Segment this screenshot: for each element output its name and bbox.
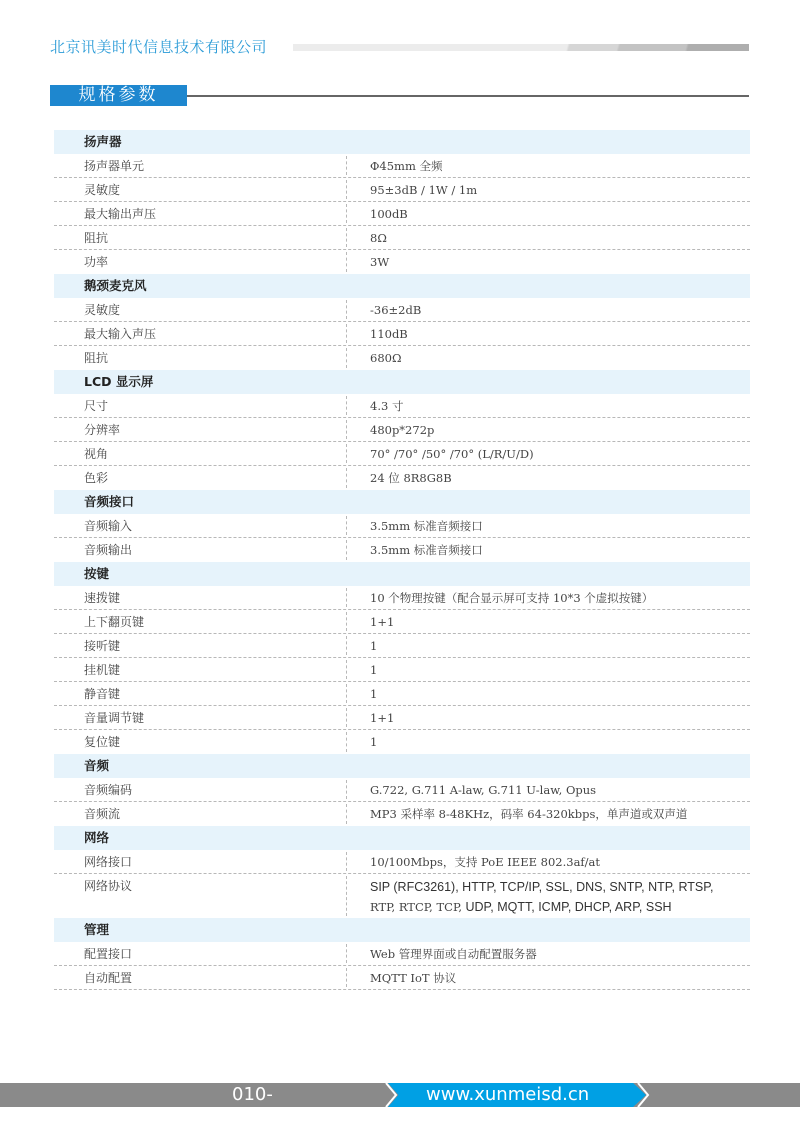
- spec-value: 1: [370, 634, 377, 658]
- section-title: 规格参数: [50, 85, 187, 106]
- spec-value-line-1: SIP (RFC3261), HTTP, TCP/IP, SSL, DNS, S…: [370, 880, 713, 894]
- chevron-right-icon: [384, 1083, 398, 1107]
- table-row: 上下翻页键1+1: [54, 610, 750, 634]
- table-row: 阻抗680Ω: [54, 346, 750, 370]
- spec-value: 680Ω: [370, 346, 402, 370]
- table-row: 灵敏度95±3dB / 1W / 1m: [54, 178, 750, 202]
- spec-value: 8Ω: [370, 226, 387, 250]
- spec-key: 音量调节键: [84, 706, 144, 730]
- table-row: 音频流MP3 采样率 8-48KHz，码率 64-320kbps，单声道或双声道: [54, 802, 750, 826]
- column-divider: [346, 660, 347, 679]
- column-divider: [346, 516, 347, 535]
- column-divider: [346, 944, 347, 963]
- column-divider: [346, 876, 347, 916]
- table-row: 复位键1: [54, 730, 750, 754]
- table-row: 灵敏度-36±2dB: [54, 298, 750, 322]
- spec-key: 功率: [84, 250, 108, 274]
- spec-key: 扬声器单元: [84, 154, 144, 178]
- spec-value-line-2b: UDP, MQTT, ICMP, DHCP, ARP, SSH: [462, 900, 672, 914]
- spec-key: 网络接口: [84, 850, 132, 874]
- table-row: 音频编码G.722, G.711 A-law, G.711 U-law, Opu…: [54, 778, 750, 802]
- spec-key: 接听键: [84, 634, 120, 658]
- table-row: 接听键1: [54, 634, 750, 658]
- spec-value: 100dB: [370, 202, 408, 226]
- group-header-audio-interface: 音频接口: [54, 490, 750, 514]
- spec-value: 480p*272p: [370, 418, 434, 442]
- table-row: 最大输出声压100dB: [54, 202, 750, 226]
- group-title: 管理: [84, 918, 109, 942]
- spec-value: 1: [370, 682, 377, 706]
- table-row: 分辨率480p*272p: [54, 418, 750, 442]
- spec-value: -36±2dB: [370, 298, 421, 322]
- column-divider: [346, 708, 347, 727]
- table-row: 静音键1: [54, 682, 750, 706]
- spec-key: 分辨率: [84, 418, 120, 442]
- spec-value: Web 管理界面或自动配置服务器: [370, 942, 537, 966]
- spec-value: 1+1: [370, 610, 394, 634]
- spec-value: Φ45mm 全频: [370, 154, 443, 178]
- table-row: 自动配置MQTT IoT 协议: [54, 966, 750, 990]
- column-divider: [346, 348, 347, 368]
- table-row: 尺寸4.3 寸: [54, 394, 750, 418]
- spec-key: 复位键: [84, 730, 120, 754]
- footer-website-link[interactable]: www.xunmeisd.cn: [426, 1083, 589, 1107]
- spec-value: G.722, G.711 A-law, G.711 U-law, Opus: [370, 778, 596, 802]
- group-header-audio: 音频: [54, 754, 750, 778]
- spec-value: 3W: [370, 250, 389, 274]
- spec-value: 1+1: [370, 706, 394, 730]
- table-row: 扬声器单元Φ45mm 全频: [54, 154, 750, 178]
- group-title: 音频: [84, 754, 109, 778]
- spec-key: 最大输出声压: [84, 202, 156, 226]
- spec-value: 95±3dB / 1W / 1m: [370, 178, 477, 202]
- column-divider: [346, 684, 347, 703]
- spec-key: 音频输出: [84, 538, 132, 562]
- column-divider: [346, 636, 347, 655]
- column-divider: [346, 396, 347, 415]
- title-rule-divider: [187, 95, 749, 97]
- column-divider: [346, 540, 347, 560]
- column-divider: [346, 612, 347, 631]
- header-decorative-bar: [293, 44, 749, 51]
- spec-value: 10 个物理按键（配合显示屏可支持 10*3 个虚拟按键）: [370, 586, 653, 610]
- spec-key: 尺寸: [84, 394, 108, 418]
- column-divider: [346, 444, 347, 463]
- spec-key: 最大输入声压: [84, 322, 156, 346]
- column-divider: [346, 732, 347, 752]
- table-row: 音频输入3.5mm 标准音频接口: [54, 514, 750, 538]
- table-row: 配置接口Web 管理界面或自动配置服务器: [54, 942, 750, 966]
- spec-table: 扬声器 扬声器单元Φ45mm 全频 灵敏度95±3dB / 1W / 1m 最大…: [54, 130, 750, 990]
- spec-value: 70° /70° /50° /70° (L/R/U/D): [370, 442, 534, 466]
- table-row: 阻抗8Ω: [54, 226, 750, 250]
- spec-value: 110dB: [370, 322, 408, 346]
- group-title: 鹅颈麦克风: [84, 274, 147, 298]
- spec-key: 上下翻页键: [84, 610, 144, 634]
- spec-value: 3.5mm 标准音频接口: [370, 514, 483, 538]
- spec-value: 10/100Mbps，支持 PoE IEEE 802.3af/at: [370, 850, 600, 874]
- spec-key: 阻抗: [84, 226, 108, 250]
- spec-key: 音频流: [84, 802, 120, 826]
- group-title: LCD 显示屏: [84, 370, 153, 394]
- group-title: 音频接口: [84, 490, 134, 514]
- table-row: 功率3W: [54, 250, 750, 274]
- spec-key: 灵敏度: [84, 298, 120, 322]
- column-divider: [346, 180, 347, 199]
- column-divider: [346, 252, 347, 272]
- group-header-gooseneck-mic: 鹅颈麦克风: [54, 274, 750, 298]
- spec-value: 1: [370, 730, 377, 754]
- spec-key: 音频输入: [84, 514, 132, 538]
- group-header-lcd: LCD 显示屏: [54, 370, 750, 394]
- spec-key: 色彩: [84, 466, 108, 490]
- spec-value: MP3 采样率 8-48KHz，码率 64-320kbps，单声道或双声道: [370, 802, 687, 826]
- table-row: 挂机键1: [54, 658, 750, 682]
- spec-value: MQTT IoT 协议: [370, 966, 456, 990]
- footer-phone: 010-69397252: [232, 1083, 362, 1107]
- spec-key: 速拨键: [84, 586, 120, 610]
- spec-value: SIP (RFC3261), HTTP, TCP/IP, SSL, DNS, S…: [370, 877, 713, 917]
- column-divider: [346, 156, 347, 175]
- table-row: 音频输出3.5mm 标准音频接口: [54, 538, 750, 562]
- table-row: 音量调节键1+1: [54, 706, 750, 730]
- group-title: 扬声器: [84, 130, 122, 154]
- spec-key: 音频编码: [84, 778, 132, 802]
- spec-value-line-2a: RTP, RTCP, TCP,: [370, 900, 462, 914]
- spec-key: 网络协议: [84, 874, 132, 898]
- table-row: 色彩24 位 8R8G8B: [54, 466, 750, 490]
- column-divider: [346, 324, 347, 343]
- spec-key: 挂机键: [84, 658, 120, 682]
- spec-key: 静音键: [84, 682, 120, 706]
- table-row: 网络接口10/100Mbps，支持 PoE IEEE 802.3af/at: [54, 850, 750, 874]
- spec-key: 灵敏度: [84, 178, 120, 202]
- table-row: 网络协议 SIP (RFC3261), HTTP, TCP/IP, SSL, D…: [54, 874, 750, 918]
- spec-value: 24 位 8R8G8B: [370, 466, 452, 490]
- column-divider: [346, 968, 347, 987]
- spec-key: 视角: [84, 442, 108, 466]
- column-divider: [346, 300, 347, 319]
- spec-key: 阻抗: [84, 346, 108, 370]
- table-row: 最大输入声压110dB: [54, 322, 750, 346]
- spec-key: 配置接口: [84, 942, 132, 966]
- group-title: 网络: [84, 826, 109, 850]
- spec-value: 1: [370, 658, 377, 682]
- chevron-right-icon: [636, 1083, 650, 1107]
- company-name: 北京讯美时代信息技术有限公司: [50, 36, 267, 57]
- table-row: 速拨键10 个物理按键（配合显示屏可支持 10*3 个虚拟按键）: [54, 586, 750, 610]
- column-divider: [346, 852, 347, 871]
- column-divider: [346, 780, 347, 799]
- spec-value: 3.5mm 标准音频接口: [370, 538, 483, 562]
- spec-key: 自动配置: [84, 966, 132, 990]
- column-divider: [346, 804, 347, 824]
- group-header-management: 管理: [54, 918, 750, 942]
- column-divider: [346, 420, 347, 439]
- column-divider: [346, 228, 347, 247]
- column-divider: [346, 468, 347, 488]
- group-title: 按键: [84, 562, 109, 586]
- column-divider: [346, 588, 347, 607]
- table-row: 视角70° /70° /50° /70° (L/R/U/D): [54, 442, 750, 466]
- group-header-keys: 按键: [54, 562, 750, 586]
- group-header-network: 网络: [54, 826, 750, 850]
- group-header-speaker: 扬声器: [54, 130, 750, 154]
- spec-value: 4.3 寸: [370, 394, 403, 418]
- column-divider: [346, 204, 347, 223]
